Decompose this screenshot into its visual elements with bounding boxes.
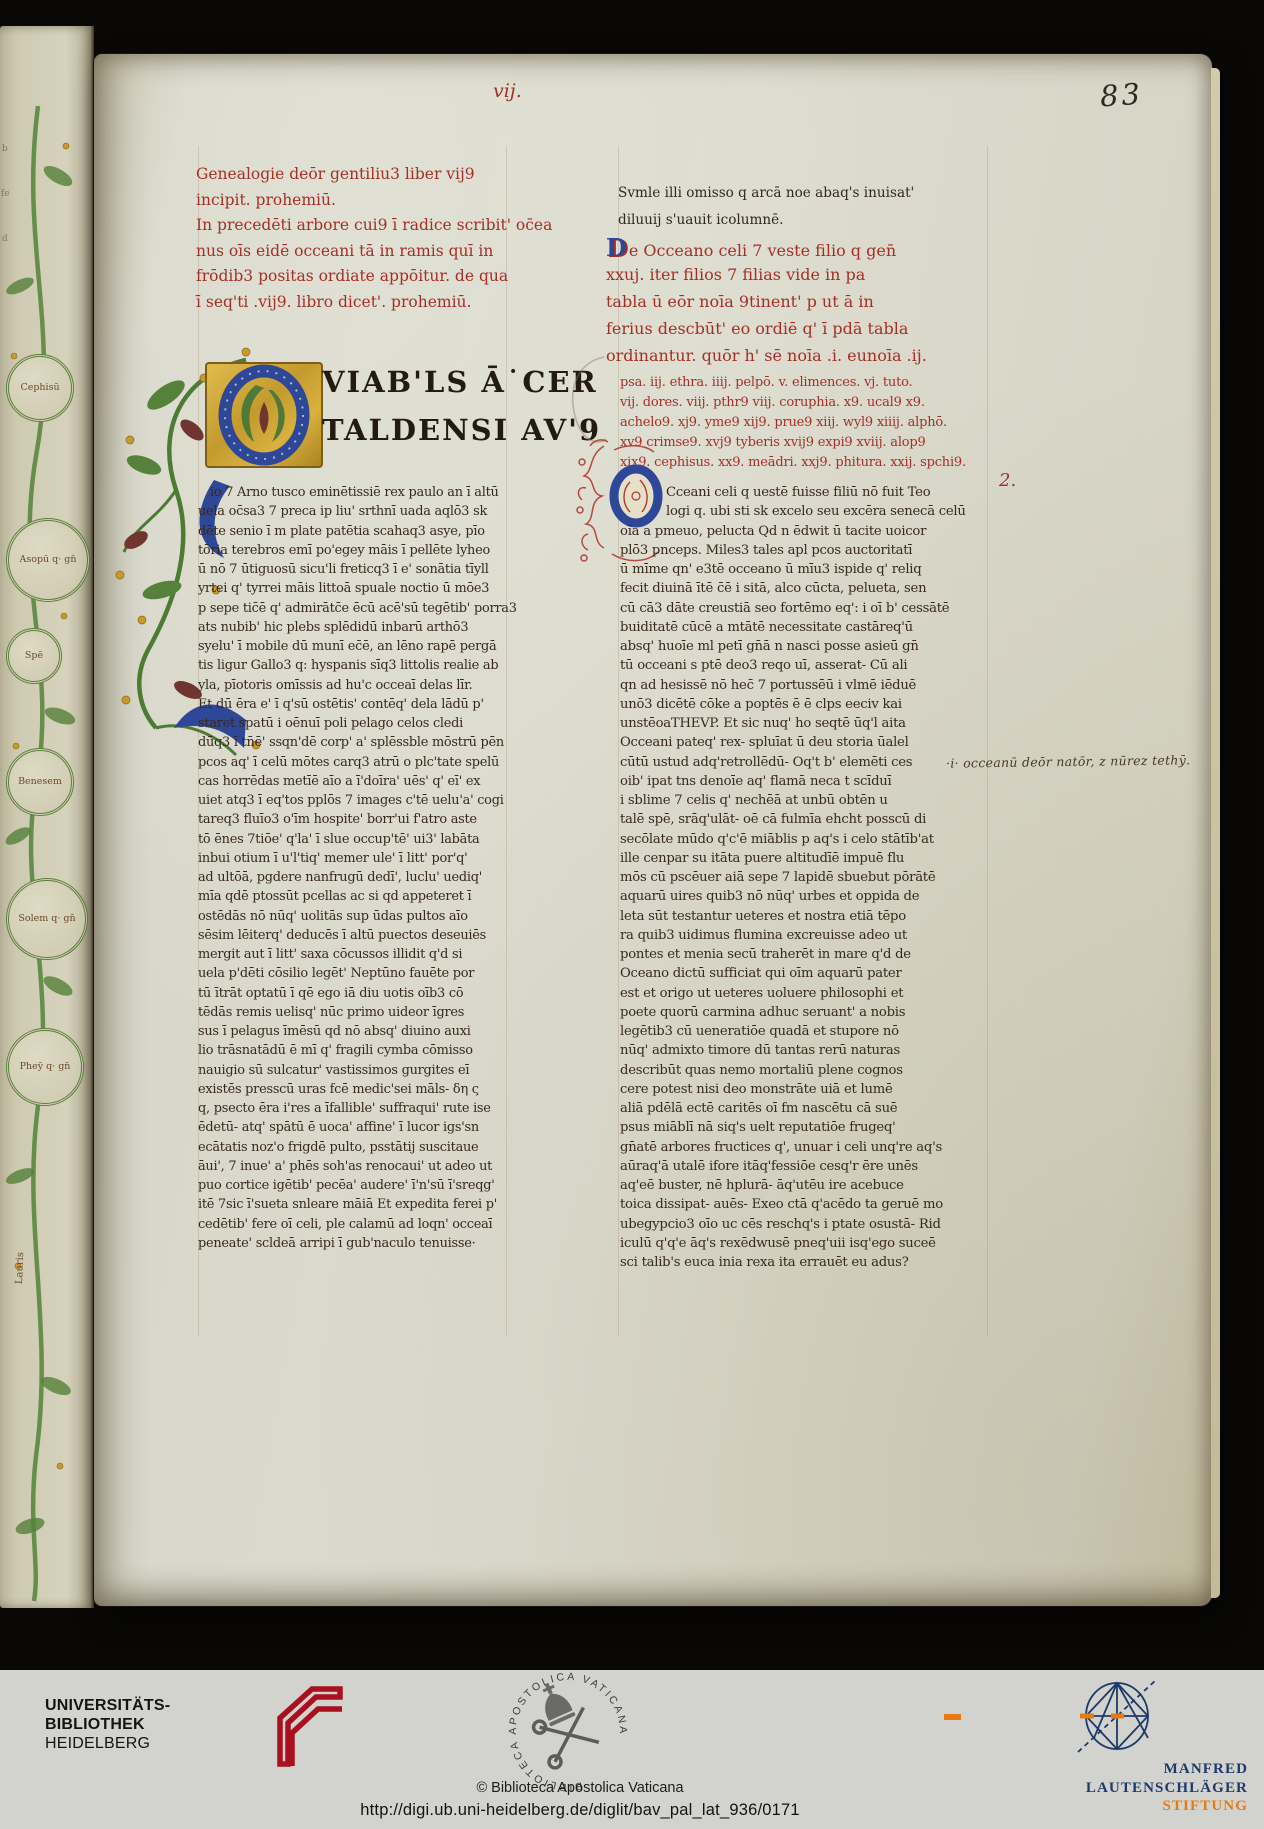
manuscript-text-line: uiet atq3 ī eq'tos pplōs 7 images c'tē u…: [198, 791, 512, 810]
manuscript-text-line: āui', 7 inue' a' phēs soh'as renocaui' u…: [198, 1157, 512, 1176]
mls-line-1: MANFRED: [1020, 1760, 1248, 1779]
mls-line-2: LAUTENSCHLÄGER: [1020, 1779, 1248, 1798]
marginal-annotation: ·i· occeanū deōr natōr, z nūrez tethȳ.: [946, 752, 1191, 770]
manuscript-text-line: ostēdās nō nūq' uolitās sup ūdas pultos …: [198, 907, 512, 926]
manuscript-text-line: ubegypcio3 oīo uc cēs reschq's i ptate o…: [620, 1215, 992, 1234]
manuscript-text-line: logi q. ubi sti sk excelo seu excēra sen…: [620, 502, 992, 521]
manuscript-text-line: ū mīme qn' e3tē occeano ū mīu3 ispide q'…: [620, 560, 992, 579]
ub-heidelberg-logo-icon: [250, 1676, 350, 1768]
manuscript-text-line: fecit diuinā ītē c̄ē i sitā, alco cūcta,…: [620, 579, 992, 598]
manuscript-text-line: oīa a pmeuo, pelucta Qd n ēdwit ū tacite…: [620, 522, 992, 541]
manuscript-text-line: Et dū ēra e' ī q'sū ostētis' contēq' del…: [198, 695, 512, 714]
manuscript-text-line: absq' huoīe ml petī gn̄ā n nasci posse a…: [620, 637, 992, 656]
manuscript-text-line: io 7 Arno tusco eminētissiē rex paulo an…: [198, 483, 512, 502]
mls-line-3: STIFTUNG: [1020, 1797, 1248, 1816]
manuscript-text-line: qn ad hesissē nō hec̄ 7 portussēū i vlmē…: [620, 676, 992, 695]
manuscript-text-line: puo cortice igētib' pecēa' audere' ī'n's…: [198, 1176, 512, 1195]
manuscript-text-line: tareq3 fluīo3 o'īm hospite' borr'ui f'at…: [198, 810, 512, 829]
manuscript-text-line: dēte senio ī m plate patētia scahaq3 asy…: [198, 522, 512, 541]
manuscript-text-line: tis ligur Gallo3 q: hyspanis sīq3 littol…: [198, 656, 512, 675]
manuscript-text-line: ra quib3 uidimus flumina excreuisse adeo…: [620, 926, 992, 945]
library-footer: UNIVERSITÄTS- BIBLIOTHEK HEIDELBERG BIBL…: [0, 1670, 1264, 1829]
manuscript-text-line: tū occeani s ptē deo3 reqo uī, asserat- …: [620, 656, 992, 675]
manuscript-text-line: In precedēti arbore cui9 ī radice scribi…: [196, 213, 514, 239]
edge-text-fragment: d: [2, 234, 8, 244]
genealogy-medallion-label: Pheȳ q· gn̄: [6, 1028, 84, 1106]
manuscript-text-line: syelu' ī mobile dū munī ec̄ē, an lēno ra…: [198, 637, 512, 656]
manuscript-text-line: i sblime 7 celis q' nechēā at unbū obtēn…: [620, 791, 992, 810]
manuscript-text-line: mīa qdē ptossūt pcellas ac si qd appeter…: [198, 887, 512, 906]
manuscript-text-line: tō ēnes 7tiōe' q'la' ī slue occup'tē' ui…: [198, 830, 512, 849]
manuscript-text-line: nauigio sū sulcatur' vastissimos gurgite…: [198, 1061, 512, 1080]
manuscript-text-line: sci talib's euca inia rexa ita errauēt e…: [620, 1253, 992, 1272]
manuscript-text-line: Occeani pateq' rex- spluīat ū deu storia…: [620, 733, 992, 752]
copyright-line: © Biblioteca Apostolica Vaticana: [420, 1780, 740, 1796]
edge-text-fragment: b: [2, 144, 8, 154]
manuscript-text-line: xv9 crimse9. xvj9 tyberis xvij9 expi9 xv…: [620, 433, 966, 453]
genealogy-medallion-label: Asopū q· gn̄: [6, 518, 90, 602]
display-script-line-1: VIAB'LS Ā˙CER: [322, 362, 598, 408]
svg-text:BIBLIOTECA APOSTOLICA VATICANA: BIBLIOTECA APOSTOLICA VATICANA: [488, 1672, 648, 1792]
mls-orange-dash: [944, 1714, 961, 1720]
source-url: http://digi.ub.uni-heidelberg.de/diglit/…: [250, 1801, 910, 1820]
manuscript-text-line: diluuij s'uauit icolumnē.: [618, 207, 914, 234]
genealogy-vine-decoration: [0, 26, 94, 1608]
manuscript-text-line: yla, pīotoris omīssis ad hu'c occeaī del…: [198, 676, 512, 695]
manuscript-text-line: mōs cū pscēuer aiā sepe 7 lapidē sbuebut…: [620, 868, 992, 887]
manuscript-text-line: oib' ipat tns denoīe aq' flamā neca t sc…: [620, 772, 992, 791]
manuscript-text-line: aūraq'ā utalē ifore itāq'fessiōe cesq'r…: [620, 1157, 992, 1176]
manuscript-text-line: gn̄atē arbores fructices q', unuar i cel…: [620, 1138, 992, 1157]
manuscript-text-line: tabla ū eōr noīa 9tinent' p ut ā in: [606, 288, 927, 315]
manuscript-text-line: buiditatē cūcē a mtātē necessitate castā…: [620, 618, 992, 637]
manuscript-text-line: psa. iij. ethra. iiij. pelpō. v. elimenc…: [620, 373, 966, 393]
manuscript-text-line: pontes et menia secū traherēt in mare q'…: [620, 945, 992, 964]
manuscript-text-line: frōdib3 positas ordiate appōitur. de qua: [196, 264, 514, 290]
manuscript-text-line: ordinantur. quōr h' sē noīa .i. eunoīa …: [606, 342, 927, 369]
ub-heidelberg-wordmark: UNIVERSITÄTS- BIBLIOTHEK HEIDELBERG: [45, 1696, 170, 1753]
chapter-name-list: psa. iij. ethra. iiij. pelpō. v. elimenc…: [620, 373, 966, 473]
digitized-manuscript-viewer: b fe d CephisūAsopū q· gn̄SpēBenesemSole…: [0, 0, 1264, 1829]
manuscript-text-line: secōlate mūdo q'c'ē miāblis p aq's i cel…: [620, 830, 992, 849]
manuscript-text-line: staret spatū i oēnuī poli pelago celos c…: [198, 714, 512, 733]
folio-number: 83: [1099, 77, 1144, 114]
manuscript-text-line: peneate' scldeā arripi ī gub'naculo tenu…: [198, 1234, 512, 1253]
manuscript-text-line: Genealogie deōr gentiliu3 liber vij9: [196, 162, 514, 188]
manuscript-text-line: ille cenpar su itāta puere altitudīē imp…: [620, 849, 992, 868]
manuscript-text-line: toica dissipat- auēs- Exeo ctā q'acēdo t…: [620, 1195, 992, 1214]
manuscript-text-line: ferius descbūt' eo ordiē q' ī pdā tabla: [606, 315, 927, 342]
manuscript-text-line: plō3 pnceps. Miles3 tales apl pcos aucto…: [620, 541, 992, 560]
left-column-text: io 7 Arno tusco eminētissiē rex paulo an…: [198, 483, 512, 1253]
manuscript-text-line: Oceano dictū sufficiat qui oīm aquarū pa…: [620, 964, 992, 983]
manuscript-text-line: uela p'dēti cōsilio legēt' Neptūno fauēt…: [198, 964, 512, 983]
manuscript-text-line: xix9. cephisus. xx9. meādri. xxj9. phitu…: [620, 453, 966, 473]
facing-page-strip: b fe d CephisūAsopū q· gn̄SpēBenesemSole…: [0, 26, 94, 1608]
manuscript-text-line: aq'eē buster, nē hplurā- āq'utēu ire ace…: [620, 1176, 992, 1195]
manuscript-text-line: ats nubib' hic plebs splēdidū inbarū art…: [198, 618, 512, 637]
manuscript-text-line: yrtei q' tyrrei māis littoā spuale nocti…: [198, 579, 512, 598]
running-header: vij.: [493, 80, 522, 102]
genealogy-medallion-label: Solem q· gn̄: [6, 878, 88, 960]
manuscript-text-line: nūq' admixto timore dū tantas rerū natur…: [620, 1041, 992, 1060]
manuscript-text-line: leta sūt testantur ueteres et nostra eti…: [620, 907, 992, 926]
manuscript-text-line: cūtū ustud adq'retrollēdū- Oq't b' elemē…: [620, 753, 992, 772]
manuscript-text-line: achelo9. xj9. yme9 xij9. prue9 xiij. wyl…: [620, 413, 966, 433]
manuscript-text-line: ecātatis noz'o frigdē pulto, psstātij su…: [198, 1138, 512, 1157]
manuscript-text-line: xxuj. iter filios 7 filias vide in pa: [606, 261, 927, 288]
manuscript-text-line: iculū q'q'e āq's rexēdwusē pneq'uii isq'…: [620, 1234, 992, 1253]
manuscript-text-line: sēsim lēiterq' deducēs ī altū puectos de…: [198, 926, 512, 945]
manuscript-text-line: legētib3 cū ueneratiōe quadā et stupore…: [620, 1022, 992, 1041]
manuscript-text-line: q, psecto ēra i'res a īfallible' suffraq…: [198, 1099, 512, 1118]
manuscript-page: vij. 83 Genealogie deōr gentiliu3 liber…: [94, 54, 1212, 1606]
manuscript-text-line: incipit. prohemiū.: [196, 188, 514, 214]
manuscript-text-line: p sepe tic̄ē q' admirātc̄e ēcū acē'sū te…: [198, 599, 512, 618]
manuscript-text-line: existēs presscū uras fcē medic'sei māls-…: [198, 1080, 512, 1099]
ub-line-1: UNIVERSITÄTS-: [45, 1696, 170, 1715]
manuscript-text-line: psus miāblī nā siq's uelt reputatiōe fr…: [620, 1118, 992, 1137]
mls-globe-logo: [1074, 1678, 1160, 1758]
genealogy-medallion-label: Spē: [6, 628, 62, 684]
ub-line-3: HEIDELBERG: [45, 1734, 170, 1753]
manuscript-text-line: unstēoaTHEVP. Et sic nuq' ho seqtē ūq'l …: [620, 714, 992, 733]
manuscript-text-line: ēdetū- atq' spātū ē uoca' affine' ī luco…: [198, 1118, 512, 1137]
edge-text-fragment: fe: [1, 189, 10, 199]
manuscript-text-line: ad ultōā, pgdere nanfrugū dedī', luclu' …: [198, 868, 512, 887]
pen-trial-mark: [560, 345, 610, 450]
manuscript-text-line: describūt quas nemo mortaliū plene cogno…: [620, 1061, 992, 1080]
right-column-heading: De Occeano celi 7 veste filio q gen̄ xxu…: [606, 234, 927, 369]
chapter-heading-first-line: De Occeano celi 7 veste filio q gen̄: [606, 234, 927, 261]
manuscript-text-line: vij. dores. viij. pthr9 viij. coruphia. …: [620, 393, 966, 413]
manuscript-text-line: Cceani celi q uestē fuisse filiū nō fuit…: [620, 483, 992, 502]
manuscript-text-line: tēdās remis uelisq' nūc primo uideor īgr…: [198, 1003, 512, 1022]
manuscript-text-line: cere potest nisi deo monstrāte uiā et lu…: [620, 1080, 992, 1099]
genealogy-medallion-label: Lauris: [14, 1252, 26, 1285]
manuscript-text-line: itē 7sic ī'sueta snleare māiā Et expedit…: [198, 1195, 512, 1214]
puzzle-initial-D: D: [606, 233, 629, 262]
chapter-number-mark: 2.: [999, 470, 1016, 491]
manuscript-text-line: inbui otium ī u'l'tiq' memer ule' ī litt…: [198, 849, 512, 868]
manuscript-text-line: cas horrēdas metīē aīo a ī'doīra' uēs' q…: [198, 772, 512, 791]
manuscript-text-line: talē spē, srāq'ulāt- oē cā fulmīa ehcht …: [620, 810, 992, 829]
ub-line-2: BIBLIOTHEK: [45, 1715, 170, 1734]
genealogy-medallion-label: Benesem: [6, 748, 74, 816]
manuscript-text-line: tū ītrāt optatū ī qē ego iā diu uotis oī…: [198, 984, 512, 1003]
manuscript-text-line: poete quorū carmina adhuc seruant' a nob…: [620, 1003, 992, 1022]
manuscript-text-line: sus ī pelagus īmēsū qd nō absq' diuino a…: [198, 1022, 512, 1041]
vatican-library-emblem: BIBLIOTECA APOSTOLICA VATICANA: [488, 1672, 648, 1792]
manuscript-text-line: aquarū uires quib3 nō nūq' urbes et oppi…: [620, 887, 992, 906]
manuscript-text-line: nus oīs eidē occeani tā in ramis quī in: [196, 239, 514, 265]
manuscript-text-line: dūq3 ī tn̄ē' ssqn'dē corp' a' splēssble …: [198, 733, 512, 752]
right-column-text: Cceani celi q uestē fuisse filiū nō fuit…: [620, 483, 992, 1272]
genealogy-medallion-label: Cephisū: [6, 354, 74, 422]
manuscript-text-line: cedētib' fere oī celi, ple calamū ad loq…: [198, 1215, 512, 1234]
manuscript-text-line: aliā pdēlā ectē caritēs oī fm nascētu cā…: [620, 1099, 992, 1118]
manuscript-text-line: uela oc̄sa3 7 preca ip liu' srthnī uada …: [198, 502, 512, 521]
mls-wordmark: MANFRED LAUTENSCHLÄGER STIFTUNG: [1020, 1760, 1248, 1816]
manuscript-text-line: est et origo ut ueteres uoluere philosop…: [620, 984, 992, 1003]
manuscript-text-line: pcos aq' ī celū mōtes carq3 atrū o plc't…: [198, 753, 512, 772]
manuscript-text-line: Svmle illi omisso q arcā noe abaq's inui…: [618, 180, 914, 207]
manuscript-text-line: cū cā3 dāte creustiā seo fortēmo eq': i …: [620, 599, 992, 618]
manuscript-text-line: ū nō 7 ūtiguosū sicu'li freticq3 ī e' so…: [198, 560, 512, 579]
manuscript-text-line: mergit aut ī litt' saxa cōcussos illidit…: [198, 945, 512, 964]
manuscript-text-line: lio trāsnatādū ē mī q' fragili cymba cōm…: [198, 1041, 512, 1060]
manuscript-text-line: tōria terebros emī po'egey māis ī pellēt…: [198, 541, 512, 560]
manuscript-text-line: unō3 dicētē cōke a poptēs ē ē clps eeciv…: [620, 695, 992, 714]
right-column-intro: Svmle illi omisso q arcā noe abaq's inui…: [618, 180, 914, 234]
